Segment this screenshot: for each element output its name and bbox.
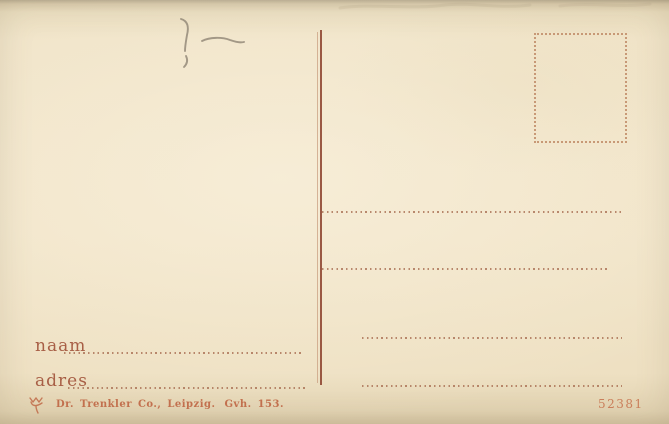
address-writing-line-left (68, 387, 305, 389)
address-writing-line (362, 385, 622, 387)
pencil-note (150, 8, 260, 70)
divider-rule-shadow (317, 32, 318, 383)
trenkler-trademark-icon (28, 395, 46, 415)
show-through-smudge (0, 0, 669, 20)
postcard-back: naam adres Dr. Trenkler Co., Leipzig.Gvh… (0, 0, 669, 424)
publisher-series: Gvh. 153. (224, 399, 283, 410)
name-writing-line (64, 352, 302, 354)
address-writing-line (362, 337, 622, 339)
stamp-box (534, 33, 627, 143)
serial-number: 52381 (598, 397, 644, 411)
publisher-imprint: Dr. Trenkler Co., Leipzig. (56, 399, 215, 410)
divider-rule (320, 30, 322, 385)
publisher-imprint-text: Dr. Trenkler Co., Leipzig.Gvh. 153. (56, 394, 284, 410)
address-writing-line (322, 268, 610, 270)
publisher-imprint-row: Dr. Trenkler Co., Leipzig.Gvh. 153. (28, 394, 284, 415)
address-writing-line (322, 211, 622, 213)
